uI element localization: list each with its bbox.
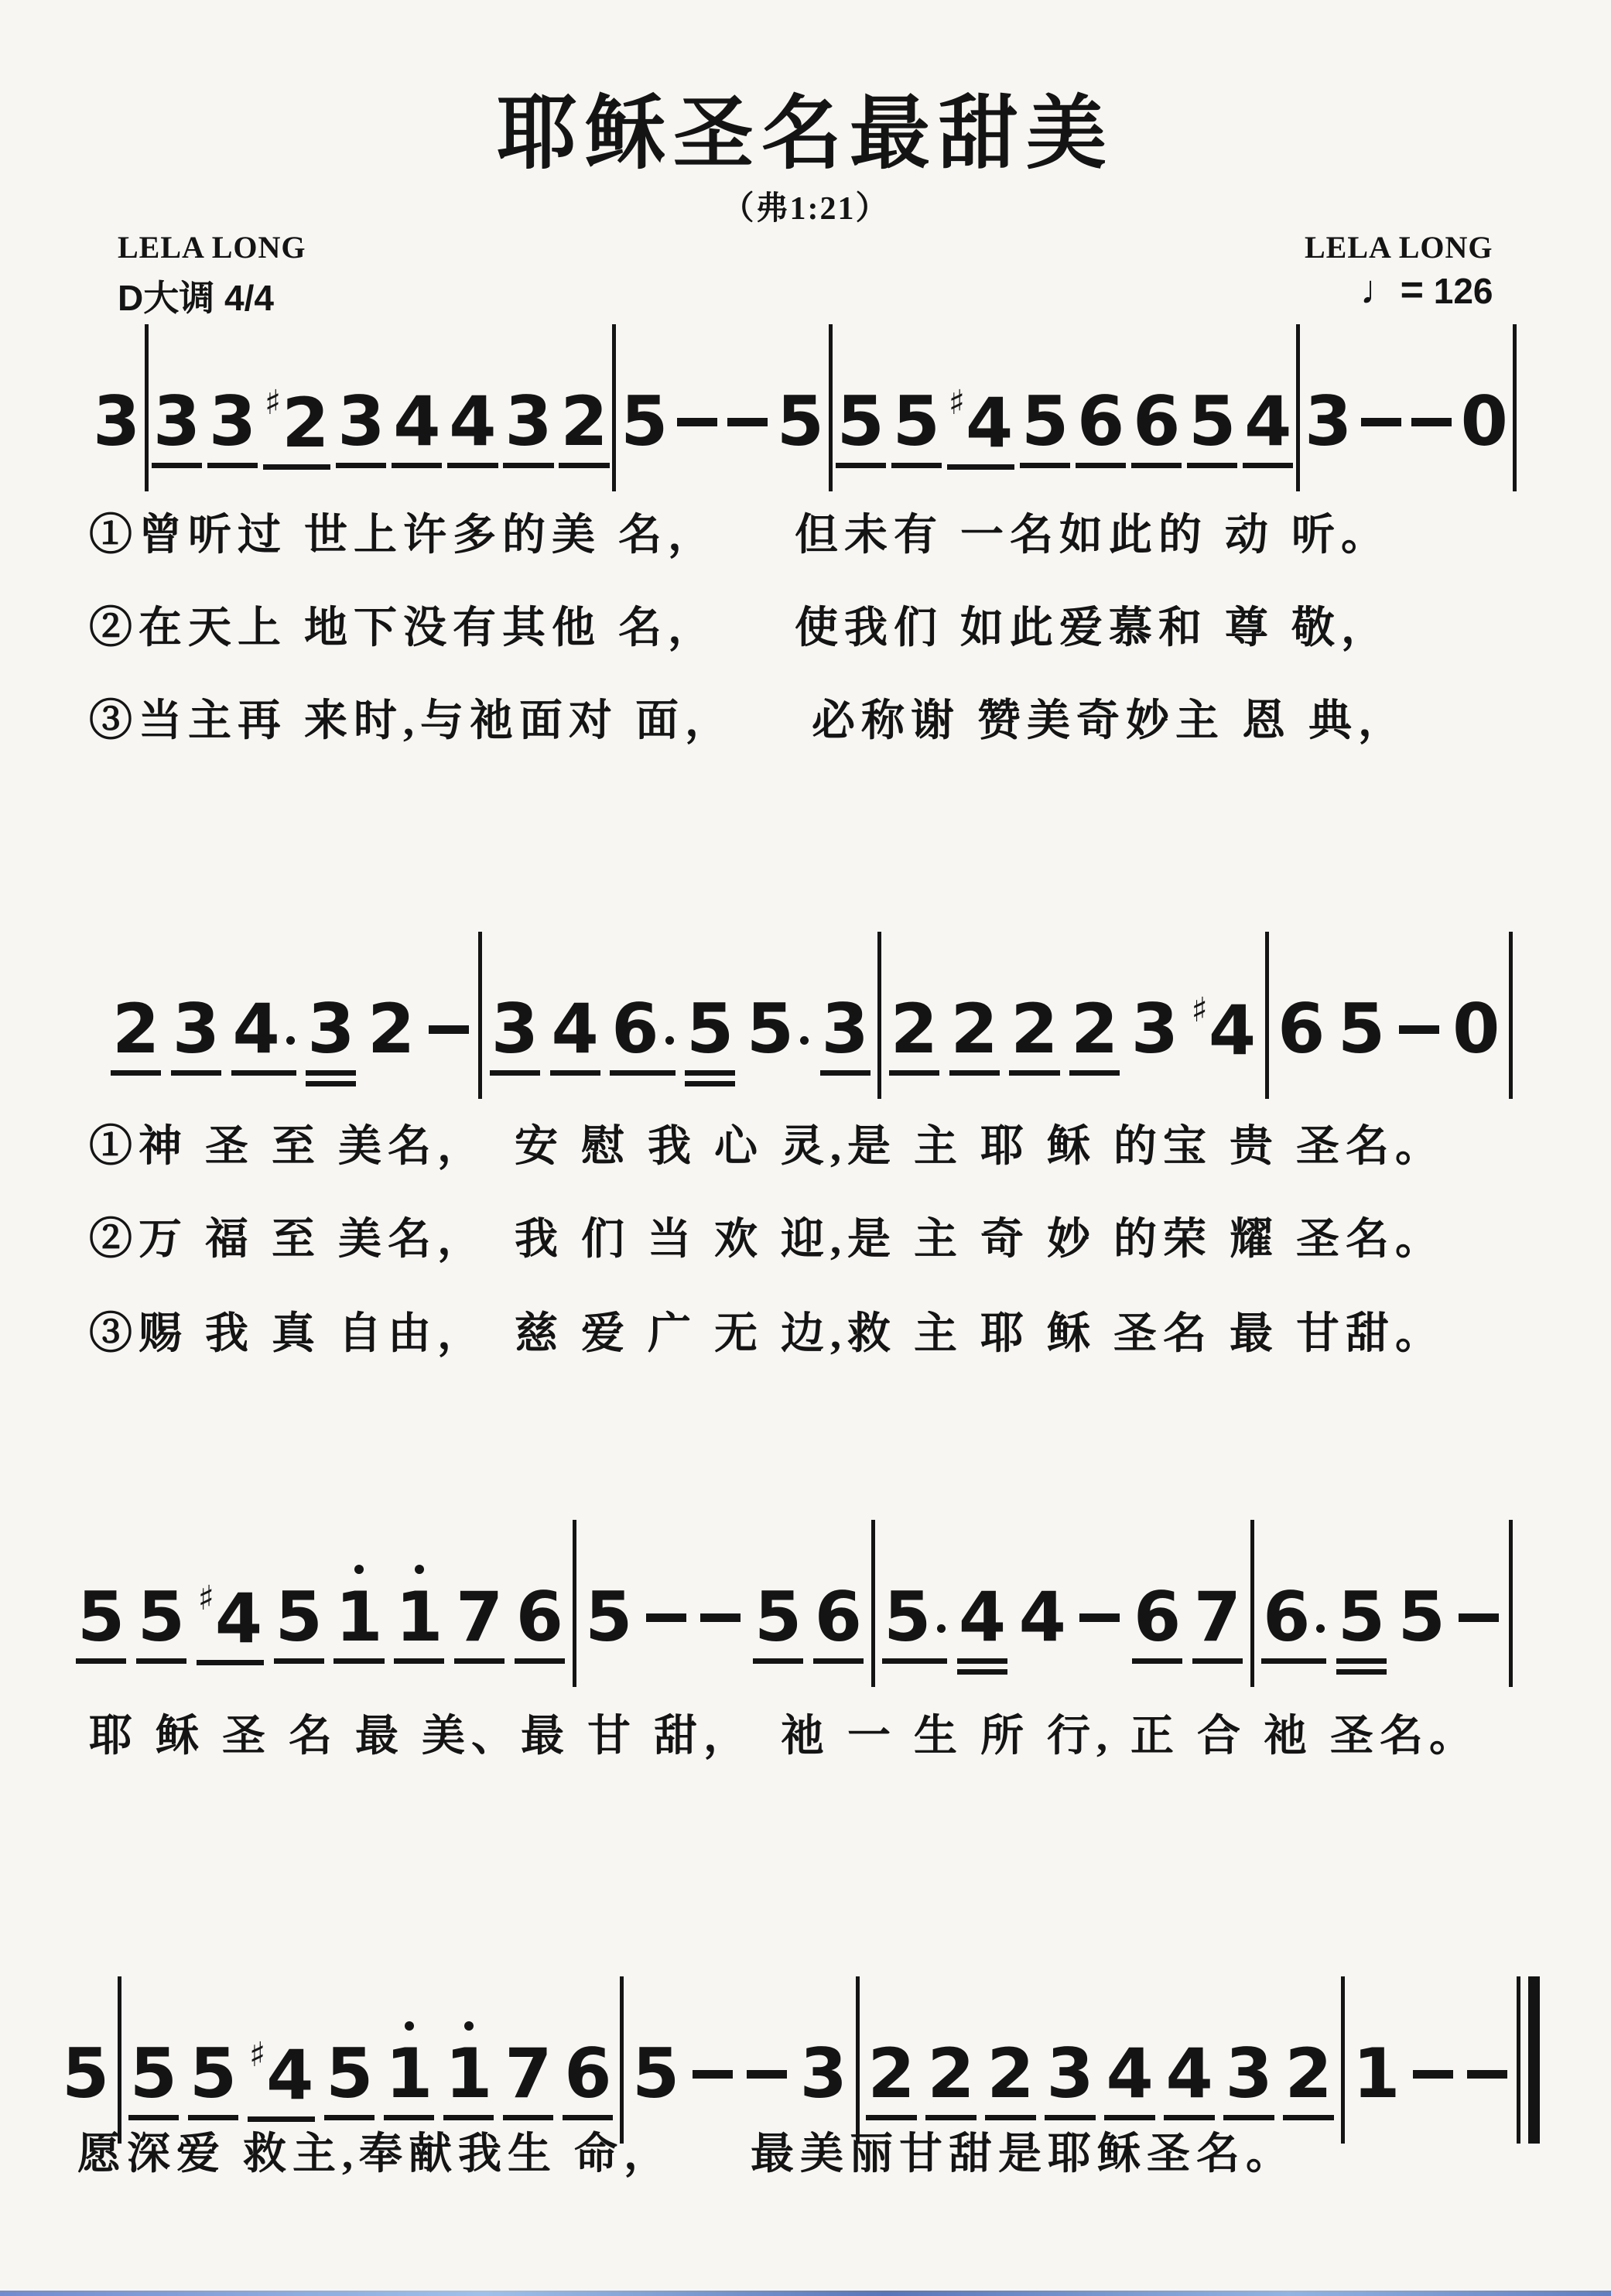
lyrics-refrain-line-4: 愿深爱 救主,奉献我生 命， 最美丽甘甜是耶稣圣名。 xyxy=(77,2130,1295,2179)
rest-note: 0 xyxy=(1457,388,1512,456)
note-digit: 5 xyxy=(74,1583,128,1651)
augmentation-dot xyxy=(937,1624,946,1633)
note-digit: 5 xyxy=(880,1583,949,1651)
eighth-underline xyxy=(949,1070,1000,1076)
barline xyxy=(877,932,881,1099)
note-digit: 5 xyxy=(743,995,812,1063)
music-line-3: 55♯45117655654467655 xyxy=(74,1559,1513,1675)
eighth-underline xyxy=(1076,463,1126,468)
note-digit: 4 xyxy=(445,388,500,456)
octave-dot xyxy=(464,2021,474,2031)
note-digit: 5 xyxy=(134,1583,189,1651)
barline xyxy=(478,932,482,1099)
eighth-underline xyxy=(1045,2115,1095,2120)
dash-duration-mark xyxy=(1361,418,1401,426)
eighth-underline xyxy=(1261,1658,1326,1664)
eighth-underline xyxy=(207,463,258,468)
scripture-reference: （弗1:21） xyxy=(0,183,1611,229)
dash-duration-mark xyxy=(1413,2070,1453,2079)
eighth-underline xyxy=(188,2115,238,2120)
barline xyxy=(573,1520,576,1687)
note-digit: 3 xyxy=(303,995,358,1063)
barline xyxy=(1509,1520,1513,1687)
note-digit: 6 xyxy=(1129,388,1184,456)
dash-duration-mark xyxy=(693,2070,733,2079)
eighth-underline xyxy=(447,463,498,468)
note-digit: 2 xyxy=(983,2040,1038,2108)
eighth-underline xyxy=(1164,2115,1214,2120)
eighth-underline xyxy=(1243,463,1293,468)
eighth-underline xyxy=(957,1658,1007,1664)
note-digit: 3 xyxy=(1042,2040,1097,2108)
note-digit: 2 xyxy=(556,388,611,456)
note-digit: 1 xyxy=(331,1583,386,1651)
barline xyxy=(829,324,833,491)
barline xyxy=(1509,932,1513,1099)
note-digit: 5 xyxy=(1185,388,1240,456)
note-digit: 5 xyxy=(581,1583,636,1651)
eighth-underline xyxy=(333,1658,384,1664)
header-left: LELA LONG D大调 4/4 xyxy=(118,229,306,321)
eighth-underline xyxy=(1104,2115,1154,2120)
eighth-underline xyxy=(866,2115,916,2120)
lyrics-verse-1-line-1: ①曾听过 世上许多的美 名， 但未有 一名如此的 动 听。 xyxy=(89,511,1390,560)
final-barline xyxy=(1517,1976,1540,2144)
note-digit: 5 xyxy=(682,995,737,1063)
music-line-4: 555♯45117653222344321 xyxy=(58,2016,1540,2132)
key-time-signature: D大调 4/4 xyxy=(118,270,306,321)
dash-duration-mark xyxy=(1399,1025,1439,1034)
augmentation-dot xyxy=(286,1036,295,1045)
eighth-underline xyxy=(490,1070,540,1076)
dash-duration-mark xyxy=(747,2070,787,2079)
lyrics-verse-2-line-1: ②在天上 地下没有其他 名， 使我们 如此爱慕和 尊 敬， xyxy=(89,604,1390,653)
note-digit: 4 xyxy=(1240,388,1295,456)
music-line-2: 2343234655322223♯4650 xyxy=(108,971,1513,1087)
note-digit: 6 xyxy=(560,2040,615,2108)
sharp-icon: ♯ xyxy=(265,386,281,420)
octave-dot xyxy=(354,1565,364,1574)
note-digit: 6 xyxy=(607,995,677,1063)
eighth-underline xyxy=(813,1658,864,1664)
eighth-underline xyxy=(1020,463,1070,468)
sheet-music-page: 耶稣圣名最甜美 （弗1:21） LELA LONG D大调 4/4 LELA L… xyxy=(0,0,1611,2296)
sharp-icon: ♯ xyxy=(949,386,965,420)
sixteenth-underline xyxy=(957,1669,1007,1675)
note-digit: 3 xyxy=(487,995,542,1063)
sharp-icon: ♯ xyxy=(1192,994,1208,1028)
eighth-underline xyxy=(836,463,886,468)
quarter-note-icon: ♩= xyxy=(1360,268,1424,313)
note-digit: 2 xyxy=(923,2040,978,2108)
barline xyxy=(620,1976,624,2144)
note-digit: ♯4 xyxy=(194,1582,267,1653)
note-digit: 5 xyxy=(1394,1583,1449,1651)
note-digit: 5 xyxy=(773,388,828,456)
eighth-underline xyxy=(274,1658,324,1664)
lyrics-refrain-line-3: 耶 稣 圣 名 最 美、最 甘 甜， 祂 一 生 所 行, 正 合 祂 圣名。 xyxy=(89,1712,1479,1761)
eighth-underline xyxy=(384,2115,434,2120)
note-digit: 4 xyxy=(1015,1583,1070,1651)
eighth-underline xyxy=(610,1070,675,1076)
note-digit: ♯2 xyxy=(261,386,333,457)
eighth-underline xyxy=(128,2115,179,2120)
note-digit: 5 xyxy=(1334,995,1389,1063)
sharp-icon: ♯ xyxy=(249,2038,265,2072)
note-digit: 3 xyxy=(169,995,224,1063)
note-digit: 4 xyxy=(389,388,444,456)
note-digit: 2 xyxy=(364,995,419,1063)
note-digit: 2 xyxy=(887,995,942,1063)
eighth-underline xyxy=(947,464,1015,470)
note-digit: 5 xyxy=(126,2040,181,2108)
dash-duration-mark xyxy=(1467,2070,1507,2079)
note-digit: 7 xyxy=(452,1583,507,1651)
note-digit: 1 xyxy=(1349,2040,1404,2108)
note-digit: 2 xyxy=(1067,995,1122,1063)
lyrics-verse-2-line-2: ②万 福 至 美名， 我 们 当 欢 迎,是 主 奇 妙 的荣 耀 圣名。 xyxy=(89,1215,1445,1264)
barline xyxy=(856,1976,860,2144)
dash-duration-mark xyxy=(727,418,768,426)
note-digit: 3 xyxy=(501,388,556,456)
note-digit: 3 xyxy=(1127,995,1182,1063)
note-digit: 6 xyxy=(512,1583,567,1651)
composer-name-right: LELA LONG xyxy=(1305,229,1493,265)
eighth-underline xyxy=(889,1070,939,1076)
barline xyxy=(1341,1976,1345,2144)
barline xyxy=(1296,324,1300,491)
eighth-underline xyxy=(263,464,331,470)
barline xyxy=(1250,1520,1254,1687)
augmentation-dot xyxy=(665,1036,674,1045)
eighth-underline xyxy=(248,2116,316,2122)
note-digit: 3 xyxy=(1221,2040,1276,2108)
dash-duration-mark xyxy=(700,1613,741,1622)
barline xyxy=(1513,324,1517,491)
eighth-underline xyxy=(503,463,553,468)
eighth-underline xyxy=(136,1658,186,1664)
note-digit: 5 xyxy=(58,2040,113,2108)
eighth-underline xyxy=(231,1070,296,1076)
eighth-underline xyxy=(1223,2115,1274,2120)
eighth-underline xyxy=(882,1658,947,1664)
note-digit: 5 xyxy=(1018,388,1072,456)
note-digit: 3 xyxy=(205,388,260,456)
eighth-underline xyxy=(515,1658,565,1664)
note-digit: ♯4 xyxy=(245,2038,318,2110)
note-digit: 5 xyxy=(751,1583,805,1651)
eighth-underline xyxy=(1069,1070,1120,1076)
eighth-underline xyxy=(454,1658,505,1664)
lyrics-verse-1-line-2: ①神 圣 至 美名， 安 慰 我 心 灵,是 主 耶 稣 的宝 贵 圣名。 xyxy=(89,1122,1445,1172)
music-line-1: 333♯2344325555♯45665430 xyxy=(89,364,1517,480)
eighth-underline xyxy=(443,2115,494,2120)
note-digit: 3 xyxy=(1301,388,1356,456)
note-digit: 6 xyxy=(1130,1583,1185,1651)
note-digit: 5 xyxy=(186,2040,241,2108)
note-digit: 3 xyxy=(333,388,388,456)
note-digit: 4 xyxy=(1161,2040,1216,2108)
eighth-underline xyxy=(171,1070,221,1076)
eighth-underline xyxy=(1009,1070,1059,1076)
eighth-underline xyxy=(336,463,386,468)
note-digit: 1 xyxy=(381,2040,436,2108)
eighth-underline xyxy=(306,1070,356,1076)
note-digit: 5 xyxy=(272,1583,327,1651)
note-digit: 5 xyxy=(322,2040,377,2108)
dash-duration-mark xyxy=(677,418,717,426)
eighth-underline xyxy=(563,2115,613,2120)
eighth-underline xyxy=(1187,463,1237,468)
note-digit: 2 xyxy=(947,995,1002,1063)
note-digit: 4 xyxy=(955,1583,1010,1651)
eighth-underline xyxy=(685,1070,735,1076)
eighth-underline xyxy=(925,2115,976,2120)
sharp-icon: ♯ xyxy=(198,1582,214,1616)
note-digit: 5 xyxy=(889,388,944,456)
dash-duration-mark xyxy=(1411,418,1452,426)
note-digit: 2 xyxy=(1281,2040,1336,2108)
eighth-underline xyxy=(559,463,609,468)
eighth-underline xyxy=(820,1070,870,1076)
tempo-marking: ♩= 126 xyxy=(1305,267,1493,313)
note-digit: 6 xyxy=(1259,1583,1329,1651)
note-digit: 6 xyxy=(811,1583,866,1651)
lyrics-verse-3-line-1: ③当主再 来时,与祂面对 面， 必称谢 赞美奇妙主 恩 典， xyxy=(89,696,1407,746)
note-digit: 1 xyxy=(441,2040,496,2108)
note-digit: 5 xyxy=(617,388,672,456)
tempo-value: 126 xyxy=(1434,271,1493,311)
note-digit: 6 xyxy=(1073,388,1128,456)
eighth-underline xyxy=(1283,2115,1333,2120)
eighth-underline xyxy=(152,463,202,468)
barline xyxy=(1265,932,1269,1099)
barline xyxy=(612,324,616,491)
augmentation-dot xyxy=(1316,1624,1325,1633)
lyrics-verse-3-line-2: ③赐 我 真 自由， 慈 爱 广 无 边,救 主 耶 稣 圣名 最 甘甜。 xyxy=(89,1309,1445,1359)
note-digit: 4 xyxy=(1102,2040,1157,2108)
composer-name-left: LELA LONG xyxy=(118,229,306,265)
eighth-underline xyxy=(985,2115,1035,2120)
octave-dot xyxy=(405,2021,414,2031)
sixteenth-underline xyxy=(685,1081,735,1086)
note-digit: 5 xyxy=(628,2040,683,2108)
note-digit: ♯4 xyxy=(945,386,1018,457)
bottom-edge-artifact xyxy=(0,2291,1611,2296)
barline xyxy=(871,1520,875,1687)
eighth-underline xyxy=(1192,1658,1243,1664)
eighth-underline xyxy=(1131,463,1182,468)
eighth-underline xyxy=(753,1658,803,1664)
note-digit: 2 xyxy=(1007,995,1062,1063)
note-digit: 1 xyxy=(392,1583,446,1651)
note-digit: 5 xyxy=(1334,1583,1389,1651)
eighth-underline xyxy=(394,1658,444,1664)
note-digit: 6 xyxy=(1274,995,1329,1063)
sixteenth-underline xyxy=(306,1081,356,1086)
note-digit: 2 xyxy=(864,2040,918,2108)
note-digit: 5 xyxy=(833,388,888,456)
note-digit: 3 xyxy=(818,995,873,1063)
eighth-underline xyxy=(392,463,442,468)
dash-duration-mark xyxy=(429,1025,469,1034)
eighth-underline xyxy=(550,1070,600,1076)
note-digit: 3 xyxy=(149,388,204,456)
note-digit: 2 xyxy=(108,995,163,1063)
sixteenth-underline xyxy=(1336,1669,1387,1675)
dash-duration-mark xyxy=(646,1613,686,1622)
barline xyxy=(145,324,149,491)
header-right: LELA LONG ♩= 126 xyxy=(1305,229,1493,313)
note-digit: 3 xyxy=(796,2040,851,2108)
eighth-underline xyxy=(891,463,942,468)
note-digit: 7 xyxy=(1190,1583,1245,1651)
augmentation-dot xyxy=(800,1036,809,1045)
eighth-underline xyxy=(111,1070,161,1076)
barline xyxy=(118,1976,121,2144)
octave-dot xyxy=(415,1565,424,1574)
note-digit: 4 xyxy=(229,995,299,1063)
eighth-underline xyxy=(197,1660,265,1665)
eighth-underline xyxy=(324,2115,375,2120)
song-title: 耶稣圣名最甜美 xyxy=(0,68,1611,184)
dash-duration-mark xyxy=(1079,1613,1120,1622)
dash-duration-mark xyxy=(1459,1613,1499,1622)
note-digit: 4 xyxy=(548,995,603,1063)
note-digit: 3 xyxy=(89,388,144,456)
rest-note: 0 xyxy=(1449,995,1503,1063)
note-digit: 7 xyxy=(501,2040,556,2108)
note-digit: ♯4 xyxy=(1188,994,1260,1065)
eighth-underline xyxy=(503,2115,553,2120)
eighth-underline xyxy=(1132,1658,1182,1664)
eighth-underline xyxy=(76,1658,126,1664)
eighth-underline xyxy=(1336,1658,1387,1664)
